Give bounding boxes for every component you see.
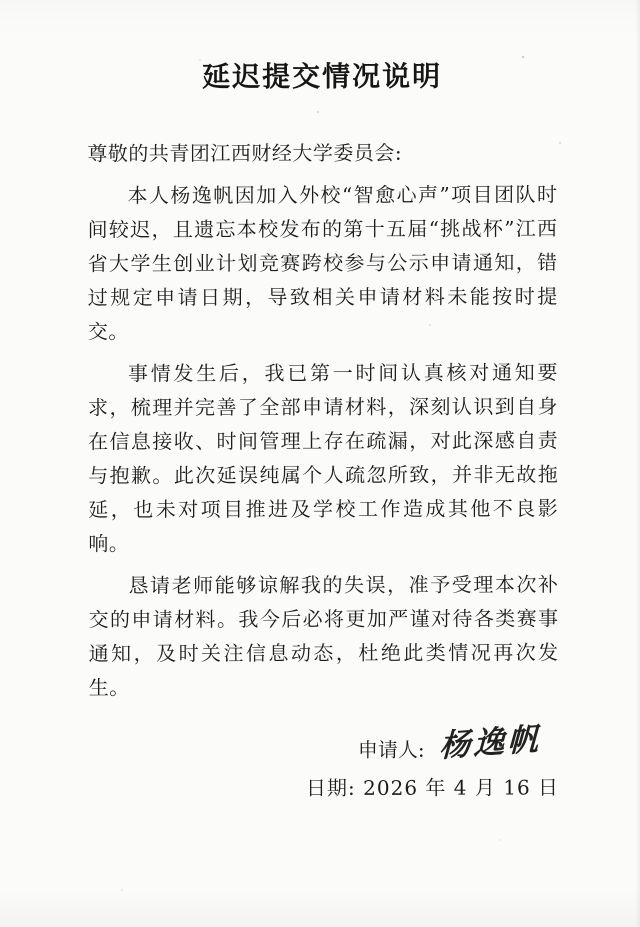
paragraph-request: 恳请老师能够谅解我的失误，准予受理本次补交的申请材料。我今后必将更加严谨对待各类… [88,567,558,704]
date-line: 日期: 2026 年 4 月 16 日 [89,772,559,803]
scanned-document-page: 延迟提交情况说明 尊敬的共青团江西财经大学委员会: 本人杨逸帆因加入外校“智愈心… [0,0,640,927]
signature-handwriting: 杨逸帆 [439,722,542,764]
applicant-label: 申请人: [358,738,425,762]
signature-block: 申请人: 杨逸帆 日期: 2026 年 4 月 16 日 [89,729,559,803]
applicant-line: 申请人: 杨逸帆 [89,729,559,767]
date-value: 2026 年 4 月 16 日 [363,775,559,800]
document-content: 延迟提交情况说明 尊敬的共青团江西财经大学委员会: 本人杨逸帆因加入外校“智愈心… [0,0,640,804]
document-title: 延迟提交情况说明 [87,0,557,95]
date-label: 日期: [306,776,356,800]
salutation-line: 尊敬的共青团江西财经大学委员会: [87,135,557,170]
paragraph-reason: 本人杨逸帆因加入外校“智愈心声”项目团队时间较迟，且遗忘本校发布的第十五届“挑战… [87,177,557,348]
paragraph-remedy: 事情发生后，我已第一时间认真核对通知要求，梳理并完善了全部申请材料，深刻认识到自… [88,355,559,560]
